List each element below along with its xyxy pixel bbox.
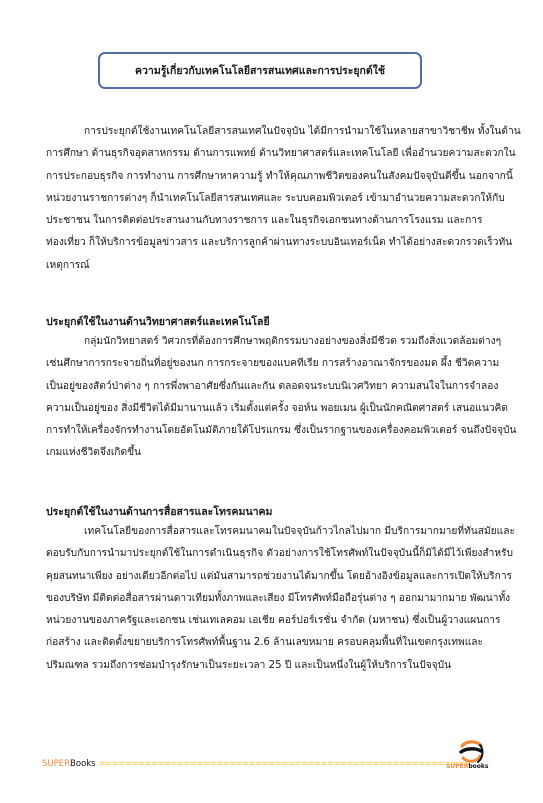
paragraph-line: กลุ่มนักวิทยาสตร์ วิศวกรที่ต้องการศึกษาพ… xyxy=(46,331,516,353)
footer: SUPERBooks =============================… xyxy=(42,757,471,771)
paragraph-line: การประกอบธุรกิจ การทำงาน การศึกษาหาความร… xyxy=(46,166,516,188)
paragraph-line: คุยสนทนาเพียง อย่างเดียวอีกต่อไป แต่มันส… xyxy=(46,566,516,588)
paragraph-line: ความเป็นอยู่ของ สิ่งมีชีวิตได้มีมานานแล้… xyxy=(46,398,516,420)
logo-books: books xyxy=(468,763,488,770)
section-heading-science: ประยุกต์ใช้ในงานด้านวิทยาศาสตร์และเทคโนโ… xyxy=(46,313,270,330)
paragraph-line: หน่วยงานของภาครัฐและเอกชน เช่นเทเลคอม เอ… xyxy=(46,610,516,632)
paragraph-line: การประยุกต์ใช้งานเทคโนโลยีสารสนเทศในปัจจ… xyxy=(46,121,516,143)
title-box: ความรู้เกี่ยวกับเทคโนโลยีสารสนเทศและการป… xyxy=(98,52,422,89)
paragraph-line: ท่องเที่ยว ก็ให้บริการข้อมูลข่าวสาร และบ… xyxy=(46,232,516,254)
paragraph-line: ของบริษัท มีติดต่อสื่อสารผ่านดาวเทียมทั้… xyxy=(46,588,516,610)
section-paragraph-science: กลุ่มนักวิทยาสตร์ วิศวกรที่ต้องการศึกษาพ… xyxy=(46,331,516,465)
paragraph-line: การศึกษา ด้านธุรกิจอุตสาหกรรม ด้านการแพท… xyxy=(46,143,516,165)
paragraph-line: เทคโนโลยีของการสื่อสารและโทรคมนาคมในปัจจ… xyxy=(46,521,516,543)
paragraph-line: เป็นอยู่ของสัตว์ป่าต่าง ๆ การพึ่งพาอาศัย… xyxy=(46,376,516,398)
footer-brand-books: Books xyxy=(70,759,96,769)
intro-paragraph: การประยุกต์ใช้งานเทคโนโลยีสารสนเทศในปัจจ… xyxy=(46,121,516,277)
footer-brand-super: SUPER xyxy=(42,759,70,769)
paragraph-line: เหตุการณ์ xyxy=(46,255,516,277)
paragraph-line: การทำให้เครื่องจักรทำงานโดยอัตโนมัติภายใ… xyxy=(46,420,516,442)
paragraph-line: ประชาชน ในการติดต่อประสานงานกับทางราชการ… xyxy=(46,210,516,232)
logo-super: SUPER xyxy=(446,763,468,770)
footer-rule: ========================================… xyxy=(99,759,471,769)
section-heading-communication: ประยุกต์ใช้ในงานด้านการสื่อสารและโทรคมนา… xyxy=(46,503,272,520)
superbooks-logo: SUPERbooks xyxy=(442,740,512,776)
paragraph-line: ตอบรับกับการนำมาประยุกต์ใช้ในการดำเนินธุ… xyxy=(46,543,516,565)
paragraph-line: เกมแห่งชีวิตจึงเกิดขึ้น xyxy=(46,442,516,464)
paragraph-line: ก่อสร้าง และติดตั้งขยายบริการโทรศัพท์พื้… xyxy=(46,632,516,654)
paragraph-line: หน่วยงานราชการต่างๆ ก็นำเทคโนโลยีสารสนเท… xyxy=(46,188,516,210)
page-title: ความรู้เกี่ยวกับเทคโนโลยีสารสนเทศและการป… xyxy=(135,62,385,79)
paragraph-line: เช่นศึกษาการกระจายถิ่นที่อยู่ของนก การกร… xyxy=(46,353,516,375)
logo-wordmark: SUPERbooks xyxy=(446,763,488,770)
swirl-logo-icon xyxy=(458,740,484,764)
section-paragraph-communication: เทคโนโลยีของการสื่อสารและโทรคมนาคมในปัจจ… xyxy=(46,521,516,677)
paragraph-line: ปริมณฑล รวมถึงการซ่อมบำรุงรักษาเป็นระยะเ… xyxy=(46,655,516,677)
document-page: ความรู้เกี่ยวกับเทคโนโลยีสารสนเทศและการป… xyxy=(0,0,543,803)
